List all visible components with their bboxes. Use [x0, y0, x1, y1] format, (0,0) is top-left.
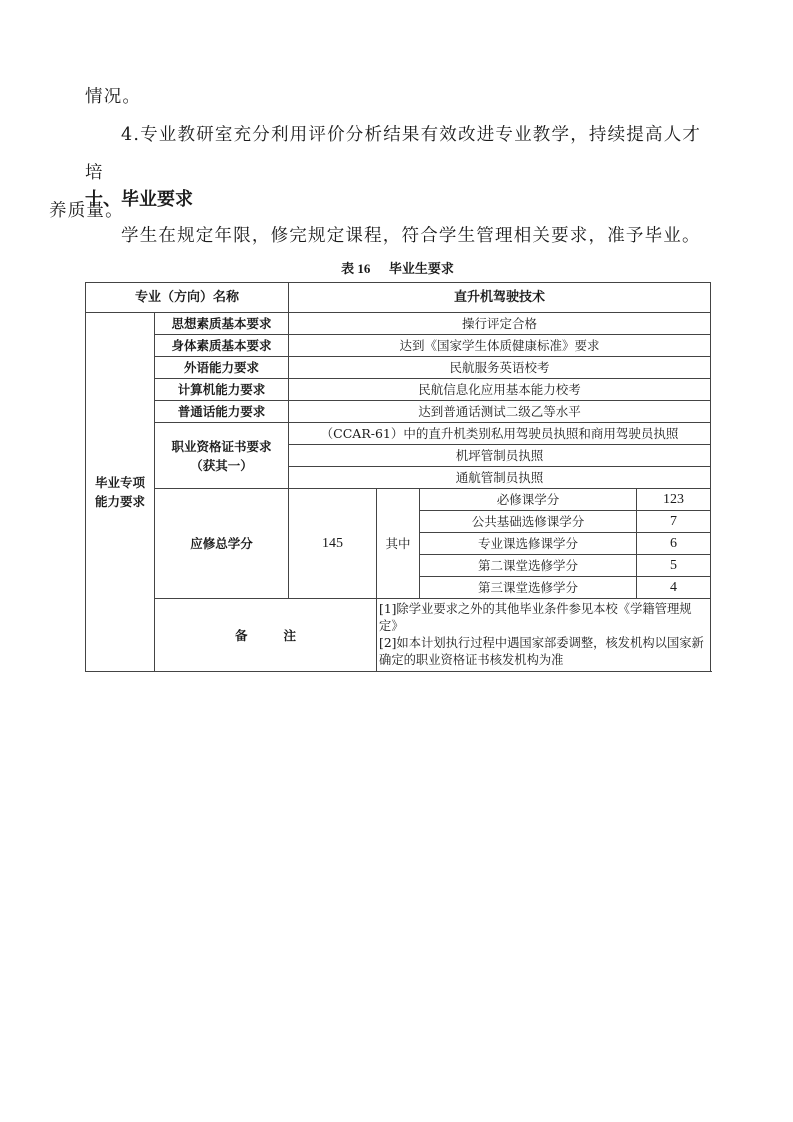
total-credits-value: 145: [289, 489, 377, 599]
paragraph-improvement-line1: 4.专业教研室充分利用评价分析结果有效改进专业教学，持续提高人才培: [85, 125, 701, 183]
credit-item-value: 6: [637, 533, 711, 555]
requirement-value: 民航服务英语校考: [289, 357, 711, 379]
certificate-option: 机坪管制员执照: [289, 445, 711, 467]
requirement-value: 操行评定合格: [289, 313, 711, 335]
table-number: 表 16: [341, 261, 370, 276]
major-value-cell: 直升机驾驶技术: [289, 283, 711, 313]
credit-item-name: 第三课堂选修学分: [420, 577, 637, 599]
table-row: 外语能力要求 民航服务英语校考: [86, 357, 711, 379]
total-credits-label: 应修总学分: [155, 489, 289, 599]
table-row: 毕业专项 能力要求 思想素质基本要求 操行评定合格: [86, 313, 711, 335]
group-label-line2: 能力要求: [95, 494, 145, 509]
requirement-value: 达到普通话测试二级乙等水平: [289, 401, 711, 423]
paragraph-graduation-rule: 学生在规定年限，修完规定课程，符合学生管理相关要求，准予毕业。: [85, 217, 710, 255]
table-row: 职业资格证书要求 （获其一） （CCAR-61）中的直升机类别私用驾驶员执照和商…: [86, 423, 711, 445]
major-label-cell: 专业（方向）名称: [86, 283, 289, 313]
credit-item-value: 4: [637, 577, 711, 599]
credit-item-name: 专业课选修课学分: [420, 533, 637, 555]
certificate-label-line1: 职业资格证书要求: [172, 439, 272, 454]
group-label-cell: 毕业专项 能力要求: [86, 313, 155, 672]
certificate-option: （CCAR-61）中的直升机类别私用驾驶员执照和商用驾驶员执照: [289, 423, 711, 445]
table-row: 普通话能力要求 达到普通话测试二级乙等水平: [86, 401, 711, 423]
notes-row: 备注 [1]除学业要求之外的其他毕业条件参见本校《学籍管理规定》 [2]如本计划…: [86, 599, 711, 672]
table-header-row: 专业（方向）名称 直升机驾驶技术: [86, 283, 711, 313]
requirement-label: 计算机能力要求: [155, 379, 289, 401]
certificate-label-line2: （获其一）: [190, 458, 253, 473]
requirement-label: 外语能力要求: [155, 357, 289, 379]
credit-item-value: 123: [637, 489, 711, 511]
breakdown-label: 其中: [377, 489, 420, 599]
notes-label-right: 注: [284, 628, 297, 643]
requirement-label: 思想素质基本要求: [155, 313, 289, 335]
section-heading-graduation: 十、毕业要求: [85, 185, 193, 215]
notes-content-cell: [1]除学业要求之外的其他毕业条件参见本校《学籍管理规定》 [2]如本计划执行过…: [377, 599, 711, 672]
table-title: 毕业生要求: [389, 262, 454, 277]
notes-label-left: 备: [235, 628, 248, 643]
requirement-value: 达到《国家学生体质健康标准》要求: [289, 335, 711, 357]
table-row: 应修总学分 145 其中 必修课学分 123: [86, 489, 711, 511]
notes-label-cell: 备注: [155, 599, 377, 672]
credit-item-name: 必修课学分: [420, 489, 637, 511]
note-2: [2]如本计划执行过程中遇国家部委调整，核发机构以国家新确定的职业资格证书核发机…: [379, 636, 704, 667]
table-row: 身体素质基本要求 达到《国家学生体质健康标准》要求: [86, 335, 711, 357]
note-1: [1]除学业要求之外的其他毕业条件参见本校《学籍管理规定》: [379, 602, 692, 633]
paragraph-end-fragment: 情况。: [85, 78, 710, 116]
certificate-option: 通航管制员执照: [289, 467, 711, 489]
table-caption: 表 16 毕业生要求: [85, 258, 710, 277]
credit-item-value: 7: [637, 511, 711, 533]
certificate-label-cell: 职业资格证书要求 （获其一）: [155, 423, 289, 489]
credit-item-name: 公共基础选修课学分: [420, 511, 637, 533]
requirement-label: 身体素质基本要求: [155, 335, 289, 357]
graduation-requirements-table: 专业（方向）名称 直升机驾驶技术 毕业专项 能力要求 思想素质基本要求 操行评定…: [85, 282, 711, 672]
table-row: 计算机能力要求 民航信息化应用基本能力校考: [86, 379, 711, 401]
credit-item-value: 5: [637, 555, 711, 577]
group-label-line1: 毕业专项: [95, 475, 145, 490]
requirement-label: 普通话能力要求: [155, 401, 289, 423]
requirement-value: 民航信息化应用基本能力校考: [289, 379, 711, 401]
credit-item-name: 第二课堂选修学分: [420, 555, 637, 577]
